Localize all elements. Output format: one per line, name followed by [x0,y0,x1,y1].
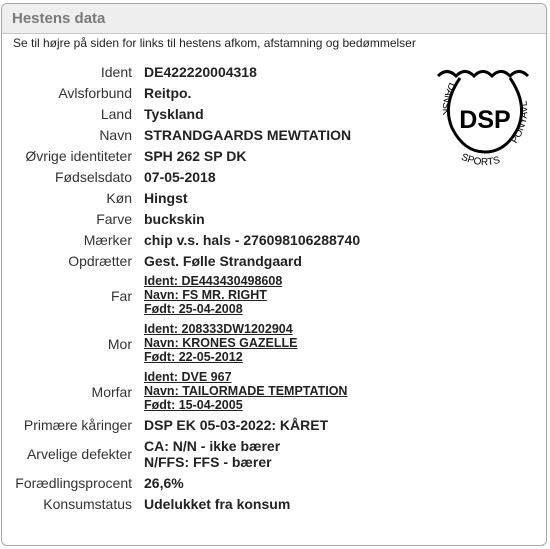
field-value: chip v.s. hals - 276098106288740 [144,232,360,248]
panel-title: Hestens data [2,4,546,34]
field-label: Mærker [84,232,132,248]
damsire-name-link[interactable]: Navn: TAILORMADE TEMPTATION [144,384,347,398]
field-value: 26,6% [144,475,184,491]
field-label: Forædlingsprocent [15,475,132,491]
field-value: 07-05-2018 [144,169,216,185]
field-label: Ident [101,64,132,80]
dam-links: Ident: 208333DW1202904 Navn: KRONES GAZE… [144,322,298,364]
field-label: Avlsforbund [58,85,132,101]
dam-born-link[interactable]: Født: 22-05-2012 [144,350,298,364]
field-value: Hingst [144,190,188,206]
field-label: Øvrige identiteter [25,148,132,164]
field-label: Land [101,106,132,122]
sire-name-link[interactable]: Navn: FS MR. RIGHT [144,288,282,302]
field-value: Gest. Følle Strandgaard [144,253,302,269]
field-label: Mor [108,336,132,352]
field-label: Arvelige defekter [27,446,132,462]
field-label: Morfar [92,384,132,400]
svg-text:DSP: DSP [459,106,510,134]
sire-born-link[interactable]: Født: 25-04-2008 [144,302,282,316]
dam-ident-link[interactable]: Ident: 208333DW1202904 [144,322,298,336]
dam-name-link[interactable]: Navn: KRONES GAZELLE [144,336,298,350]
svg-text:SPORTS: SPORTS [459,152,501,168]
field-value: DSP EK 05-03-2022: KÅRET [144,417,328,433]
sire-links: Ident: DE443430498608 Navn: FS MR. RIGHT… [144,274,282,316]
svg-text:PONYAVL: PONYAVL [509,100,530,146]
svg-text:DANSK: DANSK [440,81,457,116]
field-label: Navn [99,127,132,143]
field-value: SPH 262 SP DK [144,148,246,164]
field-value: Tyskland [144,106,204,122]
damsire-links: Ident: DVE 967 Navn: TAILORMADE TEMPTATI… [144,370,347,412]
field-label: Fødselsdato [55,169,132,185]
field-value: Reitpo. [144,85,191,101]
defect-ffs: N/FFS: FFS - bærer [144,454,280,470]
field-label: Opdrætter [68,253,132,269]
defect-ca: CA: N/N - ikke bærer [144,438,280,454]
field-value: Udelukket fra konsum [144,496,290,512]
damsire-ident-link[interactable]: Ident: DVE 967 [144,370,347,384]
sire-ident-link[interactable]: Ident: DE443430498608 [144,274,282,288]
field-value: CA: N/N - ikke bærer N/FFS: FFS - bærer [144,438,280,470]
field-label: Farve [96,211,132,227]
field-value: buckskin [144,211,205,227]
field-label: Primære kåringer [24,417,132,433]
field-value: DE422220004318 [144,64,257,80]
field-label: Konsumstatus [43,496,132,512]
field-label: Køn [106,190,132,206]
dsp-logo-icon: DSP DANSK SPORTS PONYAVL [430,64,540,176]
field-value: STRANDGAARDS MEWTATION [144,127,351,143]
hint-text: Se til højre på siden for links til hest… [13,36,416,50]
damsire-born-link[interactable]: Født: 15-04-2005 [144,398,347,412]
field-label: Far [111,288,132,304]
